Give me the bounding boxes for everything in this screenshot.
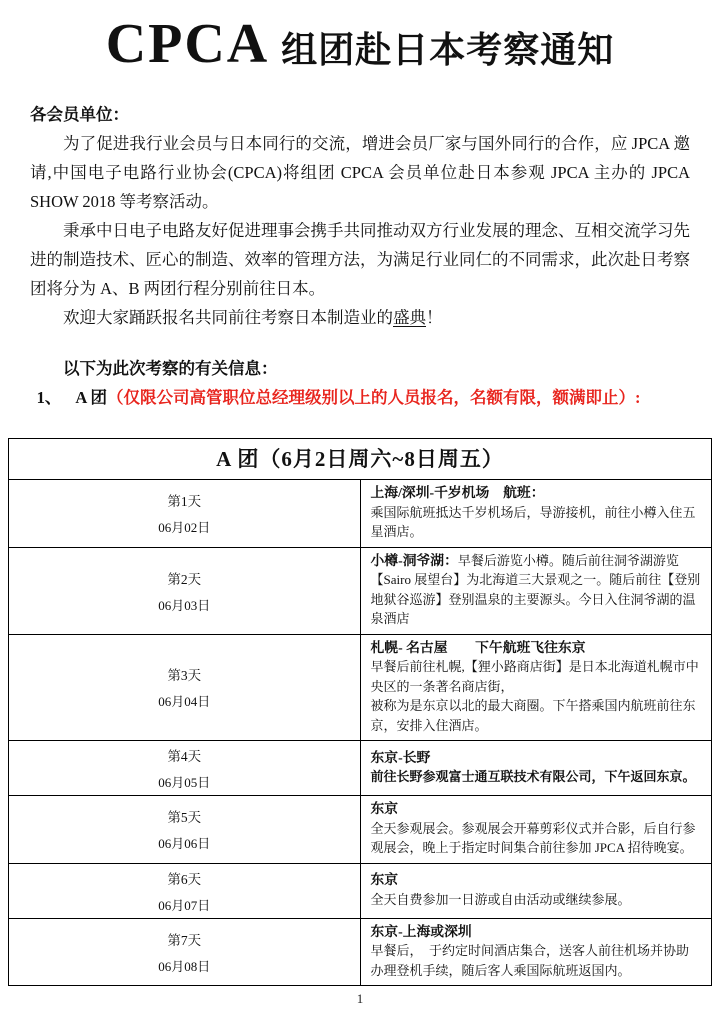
item-1-line: 1、A 团（仅限公司高管职位总经理级别以上的人员报名，名额有限，额满即止）: (30, 383, 690, 412)
itinerary-row: 第2天06月03日小樽-洞爷湖：早餐后游览小樽。随后前往洞爷湖游览【Sairo … (9, 547, 712, 634)
route-description: 早餐后前往札幌,【狸小路商店街】是日本北海道札幌市中央区的一条著名商店街， 被称… (371, 657, 702, 735)
itinerary-detail-cell: 东京全天自费参加一日游或自由活动或继续参展。 (360, 863, 712, 918)
date-label: 06月05日 (11, 772, 358, 791)
day-label: 第5天 (11, 806, 358, 826)
itinerary-detail-cell: 小樽-洞爷湖：早餐后游览小樽。随后前往洞爷湖游览【Sairo 展望台】为北海道三… (360, 547, 712, 634)
route-description: 前往长野参观富士通互联技术有限公司，下午返回东京。 (371, 767, 702, 787)
itinerary-detail-cell: 东京-长野前往长野参观富士通互联技术有限公司，下午返回东京。 (360, 741, 712, 796)
title-chinese: 组团赴日本考察通知 (281, 30, 614, 70)
day-label: 第2天 (11, 568, 358, 588)
day-cell: 第5天06月06日 (9, 796, 361, 864)
route-heading: 东京-长野 (371, 748, 702, 768)
title-latin: CPCA (106, 13, 270, 75)
date-label: 06月08日 (11, 956, 358, 975)
item-1-label: A 团 (75, 388, 107, 407)
item-1-number: 1、 (37, 388, 62, 407)
day-cell: 第4天06月05日 (9, 741, 361, 796)
route-description: 早餐后， 于约定时间酒店集合，送客人前往机场并协助办理登机手续，随后客人乘国际航… (371, 941, 702, 980)
route-heading: 东京 (371, 799, 702, 819)
itinerary-row: 第3天06月04日札幌- 名古屋 下午航班飞往东京早餐后前往札幌,【狸小路商店街… (9, 634, 712, 741)
date-label: 06月04日 (11, 691, 358, 710)
route-heading: 札幌- 名古屋 下午航班飞往东京 (371, 638, 702, 658)
itinerary-table-wrapper: A 团（6月2日周六~8日周五） 第1天06月02日上海/深圳-千岁机场 航班：… (0, 438, 720, 986)
itinerary-body: 第1天06月02日上海/深圳-千岁机场 航班：乘国际航班抵达千岁机场后，导游接机… (9, 480, 712, 986)
itinerary-row: 第5天06月06日东京全天参观展会。参观展会开幕剪彩仪式并合影，后自行参观展会，… (9, 796, 712, 864)
day-cell: 第7天06月08日 (9, 918, 361, 986)
page-number: 1 (0, 991, 720, 1007)
welcome-suffix: ！ (426, 308, 443, 327)
itinerary-detail-cell: 东京-上海或深圳早餐后， 于约定时间酒店集合，送客人前往机场并协助办理登机手续，… (360, 918, 712, 986)
route-description: 乘国际航班抵达千岁机场后，导游接机，前往小樽入住五星酒店。 (371, 503, 702, 542)
route-description: 全天自费参加一日游或自由活动或继续参展。 (371, 890, 702, 910)
day-label: 第6天 (11, 868, 358, 888)
itinerary-detail-cell: 札幌- 名古屋 下午航班飞往东京早餐后前往札幌,【狸小路商店街】是日本北海道札幌… (360, 634, 712, 741)
date-label: 06月06日 (11, 833, 358, 852)
route-paragraph: 小樽-洞爷湖：早餐后游览小樽。随后前往洞爷湖游览【Sairo 展望台】为北海道三… (371, 551, 702, 629)
itinerary-detail-cell: 上海/深圳-千岁机场 航班：乘国际航班抵达千岁机场后，导游接机，前往小樽入住五星… (360, 480, 712, 548)
day-cell: 第2天06月03日 (9, 547, 361, 634)
item-1-restriction-note: （仅限公司高管职位总经理级别以上的人员报名，名额有限，额满即止）: (107, 388, 641, 407)
day-label: 第3天 (11, 664, 358, 684)
date-label: 06月02日 (11, 517, 358, 536)
welcome-underlined-term: 盛典 (393, 308, 426, 327)
itinerary-row: 第7天06月08日东京-上海或深圳早餐后， 于约定时间酒店集合，送客人前往机场并… (9, 918, 712, 986)
day-cell: 第3天06月04日 (9, 634, 361, 741)
itinerary-row: 第6天06月07日东京全天自费参加一日游或自由活动或继续参展。 (9, 863, 712, 918)
day-label: 第7天 (11, 929, 358, 949)
route-description: 全天参观展会。参观展会开幕剪彩仪式并合影，后自行参观展会，晚上于指定时间集合前往… (371, 819, 702, 858)
paragraph-intro: 为了促进我行业会员与日本同行的交流，增进会员厂家与国外同行的合作，应 JPCA … (30, 129, 690, 216)
itinerary-row: 第1天06月02日上海/深圳-千岁机场 航班：乘国际航班抵达千岁机场后，导游接机… (9, 480, 712, 548)
day-cell: 第1天06月02日 (9, 480, 361, 548)
day-cell: 第6天06月07日 (9, 863, 361, 918)
itinerary-table: A 团（6月2日周六~8日周五） 第1天06月02日上海/深圳-千岁机场 航班：… (8, 438, 712, 986)
document-page: CPCA组团赴日本考察通知 各会员单位： 为了促进我行业会员与日本同行的交流，增… (0, 0, 720, 1019)
route-heading: 小樽-洞爷湖： (371, 553, 458, 568)
date-label: 06月07日 (11, 895, 358, 914)
route-heading: 东京-上海或深圳 (371, 922, 702, 942)
date-label: 06月03日 (11, 595, 358, 614)
paragraph-welcome: 欢迎大家踊跃报名共同前往考察日本制造业的盛典！ (30, 303, 690, 332)
itinerary-header-row: A 团（6月2日周六~8日周五） (9, 439, 712, 480)
page-title: CPCA组团赴日本考察通知 (0, 0, 720, 76)
route-heading: 上海/深圳-千岁机场 航班： (371, 483, 702, 503)
info-heading: 以下为此次考察的有关信息： (30, 354, 690, 383)
day-label: 第4天 (11, 745, 358, 765)
itinerary-detail-cell: 东京全天参观展会。参观展会开幕剪彩仪式并合影，后自行参观展会，晚上于指定时间集合… (360, 796, 712, 864)
itinerary-table-title: A 团（6月2日周六~8日周五） (9, 439, 712, 480)
welcome-prefix: 欢迎大家踊跃报名共同前往考察日本制造业的 (63, 308, 393, 327)
route-heading: 东京 (371, 870, 702, 890)
itinerary-row: 第4天06月05日东京-长野前往长野参观富士通互联技术有限公司，下午返回东京。 (9, 741, 712, 796)
day-label: 第1天 (11, 490, 358, 510)
paragraph-concept: 秉承中日电子电路友好促进理事会携手共同推动双方行业发展的理念、互相交流学习先进的… (30, 216, 690, 303)
salutation: 各会员单位： (30, 100, 690, 129)
document-body: 各会员单位： 为了促进我行业会员与日本同行的交流，增进会员厂家与国外同行的合作，… (0, 100, 720, 412)
